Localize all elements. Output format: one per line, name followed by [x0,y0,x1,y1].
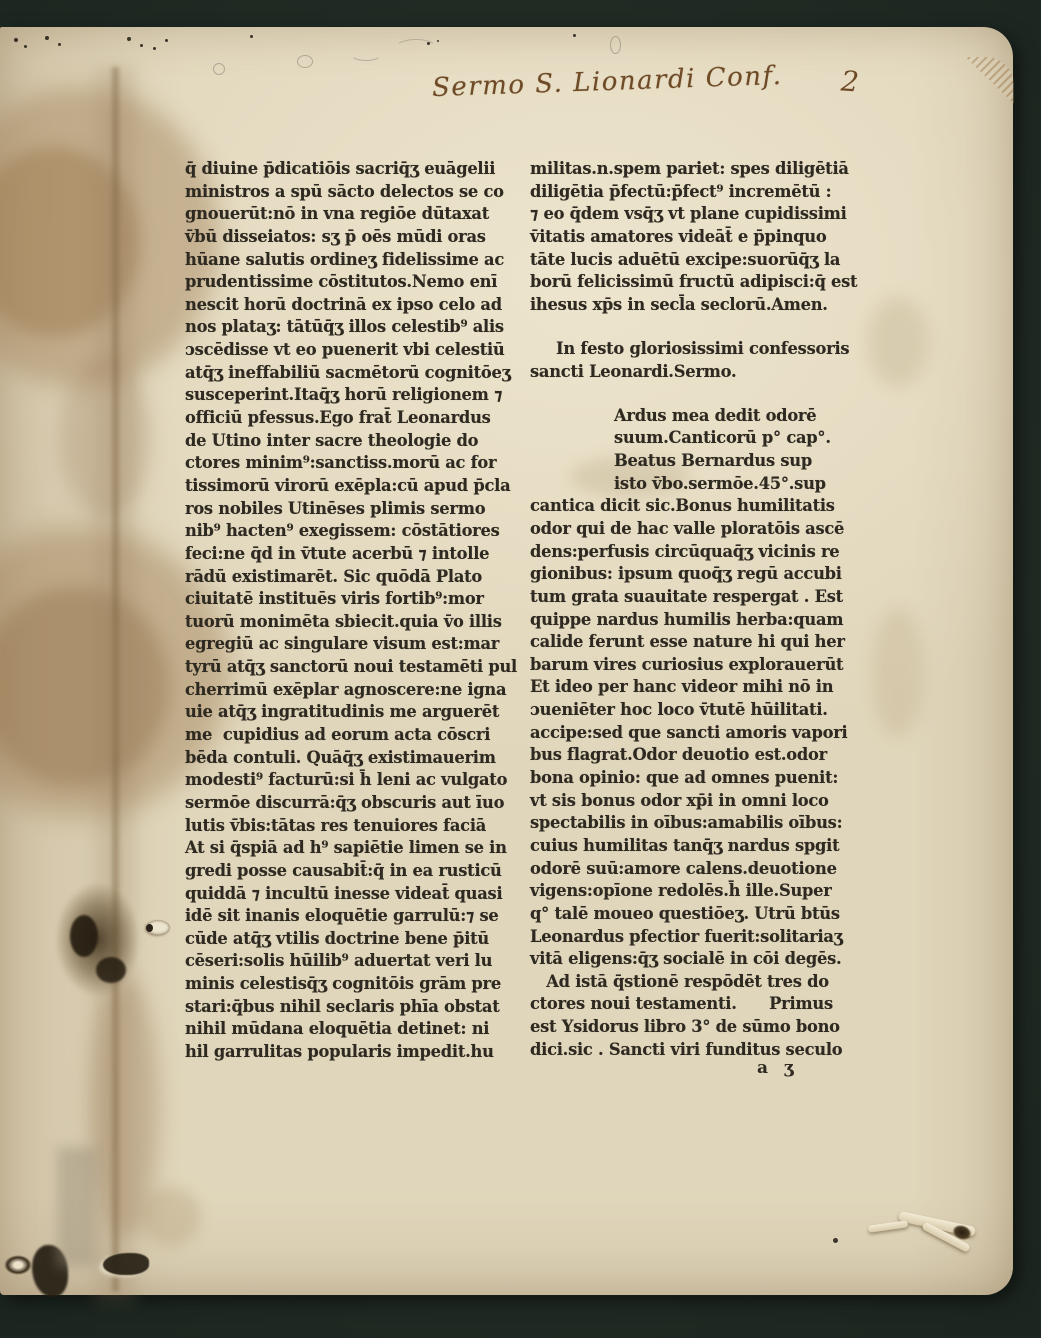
text-line: ciuitatē instituēs viris fortib⁹:mor [185,588,519,611]
worm-hole [146,920,170,935]
text-line: est Ysidorus libro 3° de sūmo bono [530,1016,870,1039]
text-line: vt sis bonus odor xp̄i in omni loco [530,790,870,813]
text-line: bona opinio: que ad omnes puenit: [530,767,870,790]
text-line: minis celestisq̄ʒ cognitōis grām pre [185,973,519,996]
text-line: cūde atq̄ʒ vtilis doctrine bene p̄itū [185,928,519,951]
text-line: bus flagrat.Odor deuotio est.odor [530,744,870,767]
text-line: me cupidius ad eorum acta cōscri [185,724,519,747]
text-line: odorē suū:amore calens.deuotione [530,858,870,881]
folio-number: 2 [840,64,860,98]
text-line: nescit horū doctrinā ex ipso celo ad [185,294,519,317]
text-line: susceperint.Itaq̄ʒ horū religionem ⁊ [185,384,519,407]
text-line: hūane salutis ordineʒ fidelissime ac [185,249,519,272]
text-line: tyrū atq̄ʒ sanctorū noui testamēti pul [185,656,519,679]
text-line: ctores noui testamenti. Primus [530,993,870,1016]
text-line: idē sit inanis eloquētie garrulū:⁊ se [185,905,519,928]
ink-speck [45,36,49,40]
text-line: cantica dicit sic.Bonus humilitatis [530,495,870,518]
text-line: gredi posse causabit̄:q̄ in ea rusticū [185,860,519,883]
text-line: diligētia p̄fectū:p̄fect⁹ incremētū : [530,181,870,204]
ink-speck [14,38,18,42]
text-line: tāte lucis aduētū excipe:suorūq̄ʒ la [530,249,870,272]
text-line: dens:perfusis circūquaq̄ʒ vicinis re [530,541,870,564]
scan-background: Sermo S. Lionardi Conf. 2 q̄ diuine p̄di… [0,0,1041,1338]
text-line: Ardus mea dedit odorē [614,405,870,428]
ink-speck [140,44,143,47]
text-line: calide ferunt esse nature hi qui her [530,631,870,654]
text-line: ⁊ eo q̄dem vsq̄ʒ vt plane cupidissimi [530,203,870,226]
text-line: prudentissime cōstitutos.Nemo enī [185,271,519,294]
ink-speck [24,45,27,48]
text-line: Leonardus pfectior fuerit:solitariaʒ [530,926,870,949]
text-line: egregiū ac singulare visum est:mar [185,633,519,656]
text-line: tissimorū virorū exēpla:cū apud p̄cla [185,475,519,498]
text-line: borū felicissimū fructū adipisci:q̄ est [530,271,870,294]
paragraph-end-block: militas.n.spem pariet: spes diligētiādil… [530,158,870,316]
text-line: isto v̄bo.sermōe.45°.sup [614,473,870,496]
left-text-column: q̄ diuine p̄dicatiōis sacriq̄ʒ euāgeliim… [185,158,519,1064]
text-line: spectabilis in oībus:amabilis oībus: [530,812,870,835]
stain [868,297,928,387]
text-line: q° talē moueo questiōeʒ. Utrū btūs [530,903,870,926]
text-line: ctores minim⁹:sanctiss.morū ac for [185,452,519,475]
ink-speck [165,39,168,42]
text-line: barum vires curiosius explorauerūt [530,654,870,677]
text-line: In festo gloriosissimi confessoris [530,338,870,361]
text-line: cēseri:solis hūilib⁹ aduertat veri lu [185,950,519,973]
ink-speck [833,1238,838,1243]
text-line: ministros a spū sācto delectos se co [185,181,519,204]
text-line: atq̄ʒ ineffabiliū sacmētorū cognitōeʒ [185,362,519,385]
ghost-mark [213,63,225,75]
ghost-mark [297,55,313,68]
text-line: dici.sic . Sancti viri funditus seculo [530,1039,870,1062]
ghost-mark [395,39,437,57]
text-line: vitā eligens:q̄ʒ socialē in cōi degēs. [530,948,870,971]
text-line: vigens:opīone redolēs.h̄ ille.Super [530,880,870,903]
tear-damage [103,1253,149,1275]
text-line: officiū pfessus.Ego frat̄ Leonardus [185,407,519,430]
stain [872,607,924,737]
text-line: Ad istā q̄stionē respōdēt tres do [530,971,870,994]
ink-speck [573,34,576,37]
text-line: de Utino inter sacre theologie do [185,430,519,453]
text-line: ɔscēdisse vt eo puenerit vbi celestiū [185,339,519,362]
text-line: hil garrulitas popularis impedit.hu [185,1041,519,1064]
text-line: nos plataʒ: tātūq̄ʒ illos celestib⁹ alis [185,316,519,339]
ink-speck [437,40,439,42]
stain [140,1187,200,1247]
text-line: quippe nardus humilis herba:quam [530,609,870,632]
text-line: v̄bū disseiatos: sʒ p̄ oēs mūdi oras [185,226,519,249]
text-line: q̄ diuine p̄dicatiōis sacriq̄ʒ euāgelii [185,158,519,181]
text-line: lutis v̄bis:tātas res tenuiores faciā [185,815,519,838]
text-line: modesti⁹ facturū:si h̄ leni ac vulgato [185,769,519,792]
text-line: tum grata suauitate respergat . Est [530,586,870,609]
text-line: quiddā ⁊ incultū inesse videat̄ quasi [185,883,519,906]
ink-speck [153,47,156,50]
text-line: cuius humilitas tanq̄ʒ nardus spgit [530,835,870,858]
handwritten-title: Sermo S. Lionardi Conf. [432,61,783,103]
ghost-mark [350,47,382,61]
text-line: uie atq̄ʒ ingratitudinis me arguerēt [185,701,519,724]
text-line: Et ideo per hanc videor mihi nō in [530,676,870,699]
fold-shadow [57,1147,97,1267]
right-text-column: militas.n.spem pariet: spes diligētiādil… [530,158,870,1061]
ghost-mark [610,36,621,54]
text-line: ɔueniēter hoc loco v̄tutē hūilitati. [530,699,870,722]
sermon-heading-block: In festo gloriosissimi confessorissancti… [530,338,870,383]
text-line: stari:q̄bus nihil seclaris phīa obstat [185,996,519,1019]
text-line: militas.n.spem pariet: spes diligētiā [530,158,870,181]
text-line: odor qui de hac valle ploratōis ascē [530,518,870,541]
tear-damage [70,915,98,957]
ink-speck [127,37,131,41]
text-line: ros nobiles Utinēses plimis sermo [185,498,519,521]
tear-damage [4,1255,32,1275]
quire-signature-mark: a ʒ [757,1058,794,1078]
text-line: v̄itatis amatores videāt̄ e p̄pinquo [530,226,870,249]
text-line: At si q̄spiā ad h⁹ sapiētie limen se in [185,837,519,860]
text-line: suum.Canticorū p° cap°. [614,427,870,450]
text-line: feci:ne q̄d in v̄tute acerbū ⁊ intolle [185,543,519,566]
text-line: nihil mūdana eloquētia detinet: ni [185,1018,519,1041]
tear-damage [96,957,126,983]
incipit-block: Ardus mea dedit odorēsuum.Canticorū p° c… [530,405,870,496]
ink-speck [250,35,253,38]
ink-speck [58,43,61,46]
dogear-crease [960,57,1014,109]
text-line: gionibus: ipsum quoq̄ʒ regū accubi [530,563,870,586]
text-line: sancti Leonardi.Sermo. [530,361,870,384]
text-line: ihesus xp̄s in secl̄a seclorū.Amen. [530,294,870,317]
fold-crease-line [112,67,119,1292]
text-line: sermōe discurrā:q̄ʒ obscuris aut īuo [185,792,519,815]
text-line: nib⁹ hacten⁹ exegissem: cōstātiores [185,520,519,543]
text-line: Beatus Bernardus sup [614,450,870,473]
text-line: bēda contuli. Quāq̄ʒ existimauerim [185,747,519,770]
text-line: cherrimū exēplar agnoscere:ne igna [185,679,519,702]
text-line: tuorū monimēta sbiecit.quia v̄o illis [185,611,519,634]
text-line: gnouerūt:nō in vna regiōe dūtaxat [185,203,519,226]
sermon-body-block: cantica dicit sic.Bonus humilitatisodor … [530,495,870,1061]
text-line: rādū existimarēt. Sic quōdā Plato [185,566,519,589]
crease-ridge [868,1220,909,1232]
manuscript-page: Sermo S. Lionardi Conf. 2 q̄ diuine p̄di… [0,27,1013,1295]
text-line: accipe:sed que sancti amoris vapori [530,722,870,745]
